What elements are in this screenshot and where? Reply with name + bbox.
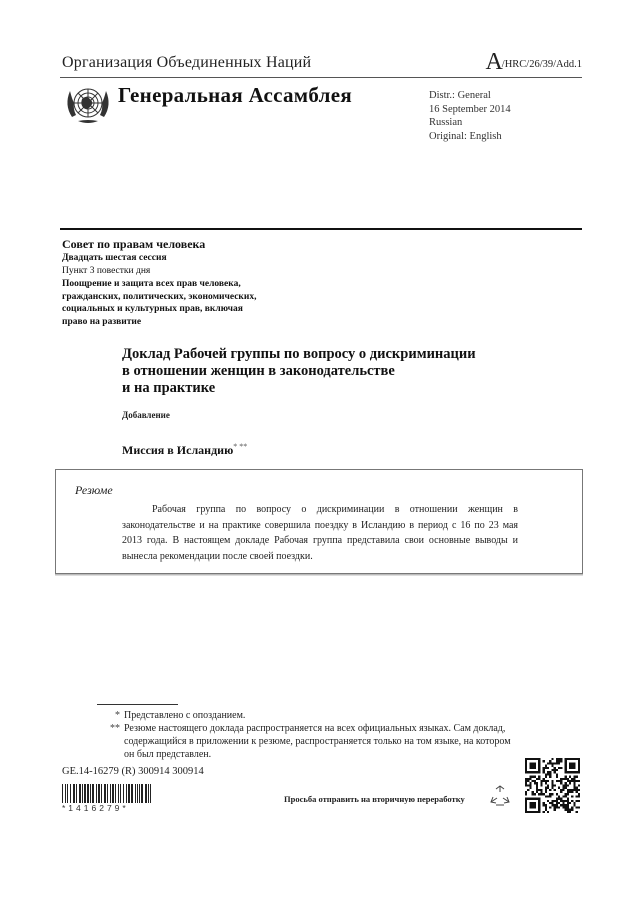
recycle-icon [490, 785, 510, 807]
header-rule [60, 77, 582, 78]
footnote-mark: * [100, 709, 124, 722]
agenda-title-line: право на развитие [62, 316, 362, 329]
body-name: Генеральная Ассамблея [118, 83, 352, 108]
original-line: Original: English [429, 130, 511, 144]
addendum-label: Добавление [122, 410, 170, 420]
footnotes: * Представлено с опозданием. ** Резюме н… [100, 709, 520, 761]
footnote-marks: * ** [233, 442, 247, 451]
report-title-line: в отношении женщин в законодательстве [122, 363, 542, 380]
footnote-text: Представлено с опозданием. [124, 709, 520, 722]
agenda-item: Пункт 3 повестки дня [62, 265, 362, 278]
summary-title: Резюме [75, 483, 113, 498]
footnote-separator [97, 704, 178, 705]
report-title-line: Доклад Рабочей группы по вопросу о дискр… [122, 346, 542, 363]
session: Двадцать шестая сессия [62, 252, 362, 265]
distr-line: Distr.: General [429, 89, 511, 103]
mission-text: Миссия в Исландию [122, 443, 233, 457]
symbol-prefix: A [485, 49, 501, 75]
date-line: 16 September 2014 [429, 103, 511, 117]
un-emblem-icon [64, 83, 112, 125]
footnote-text: Резюме настоящего доклада распространяет… [124, 722, 520, 761]
footnote: * Представлено с опозданием. [100, 709, 520, 722]
agenda-title-line: социальных и культурных прав, включая [62, 303, 362, 316]
report-title-line: и на практике [122, 380, 542, 397]
language-line: Russian [429, 116, 511, 130]
council-name: Совет по правам человека [62, 237, 362, 252]
symbol-rest: /HRC/26/39/Add.1 [502, 59, 582, 70]
organization-name: Организация Объединенных Наций [62, 54, 311, 72]
mission-title: Миссия в Исландию* ** [122, 442, 247, 458]
distribution-info: Distr.: General 16 September 2014 Russia… [429, 89, 511, 143]
qr-code-icon [525, 758, 580, 813]
document-id: GE.14-16279 (R) 300914 300914 [62, 766, 204, 777]
recycle-notice: Просьба отправить на вторичную переработ… [284, 794, 465, 804]
agenda-title-line: гражданских, политических, экономических… [62, 291, 362, 304]
agenda-title-line: Поощрение и защита всех прав человека, [62, 278, 362, 291]
council-block: Совет по правам человека Двадцать шестая… [62, 237, 362, 328]
document-symbol: A/HRC/26/39/Add.1 [485, 54, 582, 70]
barcode-caption: *1416279* [62, 803, 152, 813]
footnote-mark: ** [100, 722, 124, 761]
barcode-icon [62, 784, 152, 803]
footnote: ** Резюме настоящего доклада распростран… [100, 722, 520, 761]
main-rule [60, 228, 582, 230]
report-title: Доклад Рабочей группы по вопросу о дискр… [122, 346, 542, 397]
summary-text: Рабочая группа по вопросу о дискриминаци… [122, 502, 518, 564]
